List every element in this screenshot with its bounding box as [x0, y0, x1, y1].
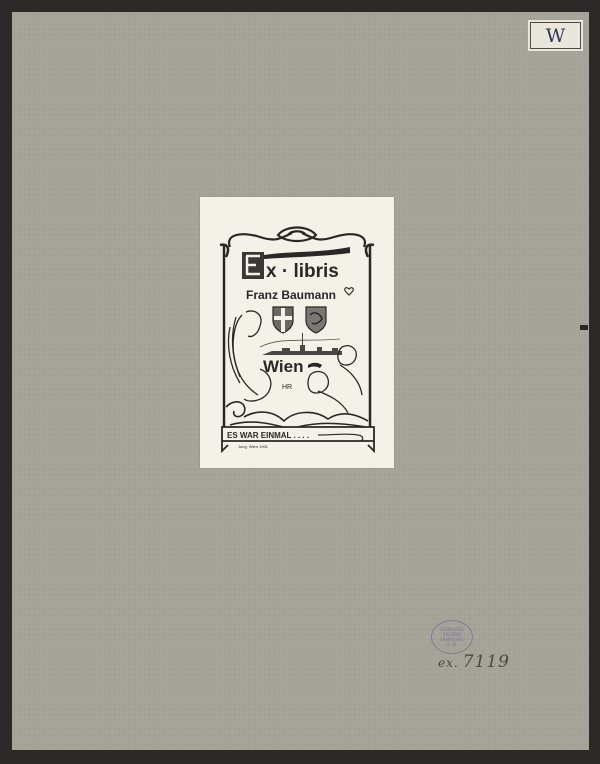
- bookplate-card: x · libris Franz Baumann: [200, 197, 394, 468]
- owner-name: Franz Baumann: [246, 288, 336, 302]
- collection-stamp: SAMMLUNG EXLIBRIS SAMMLUNG A. W.: [431, 620, 473, 654]
- heart-icon: [345, 288, 353, 295]
- shield-cross-icon: [273, 307, 293, 333]
- city-skyline-icon: [262, 333, 342, 355]
- motto-text: ES WAR EINMAL . . . .: [227, 431, 309, 440]
- corner-label: W: [528, 20, 583, 51]
- shield-griffin-icon: [306, 307, 326, 333]
- inventory-value: 7119: [463, 652, 510, 672]
- city-name: Wien: [263, 357, 303, 376]
- top-ornament-icon: [229, 228, 365, 248]
- corner-letter: W: [530, 22, 581, 49]
- monogram: HR: [282, 384, 292, 391]
- signature: Jung. Wien 1901: [238, 444, 269, 449]
- bookplate-illustration: x · libris Franz Baumann: [200, 197, 394, 468]
- exlibris-heading: x · libris: [266, 261, 339, 282]
- inventory-number: ex.7119: [438, 652, 510, 672]
- edge-mark: [580, 325, 588, 330]
- stamp-line: A. W.: [432, 642, 472, 647]
- inventory-prefix: ex.: [438, 656, 459, 670]
